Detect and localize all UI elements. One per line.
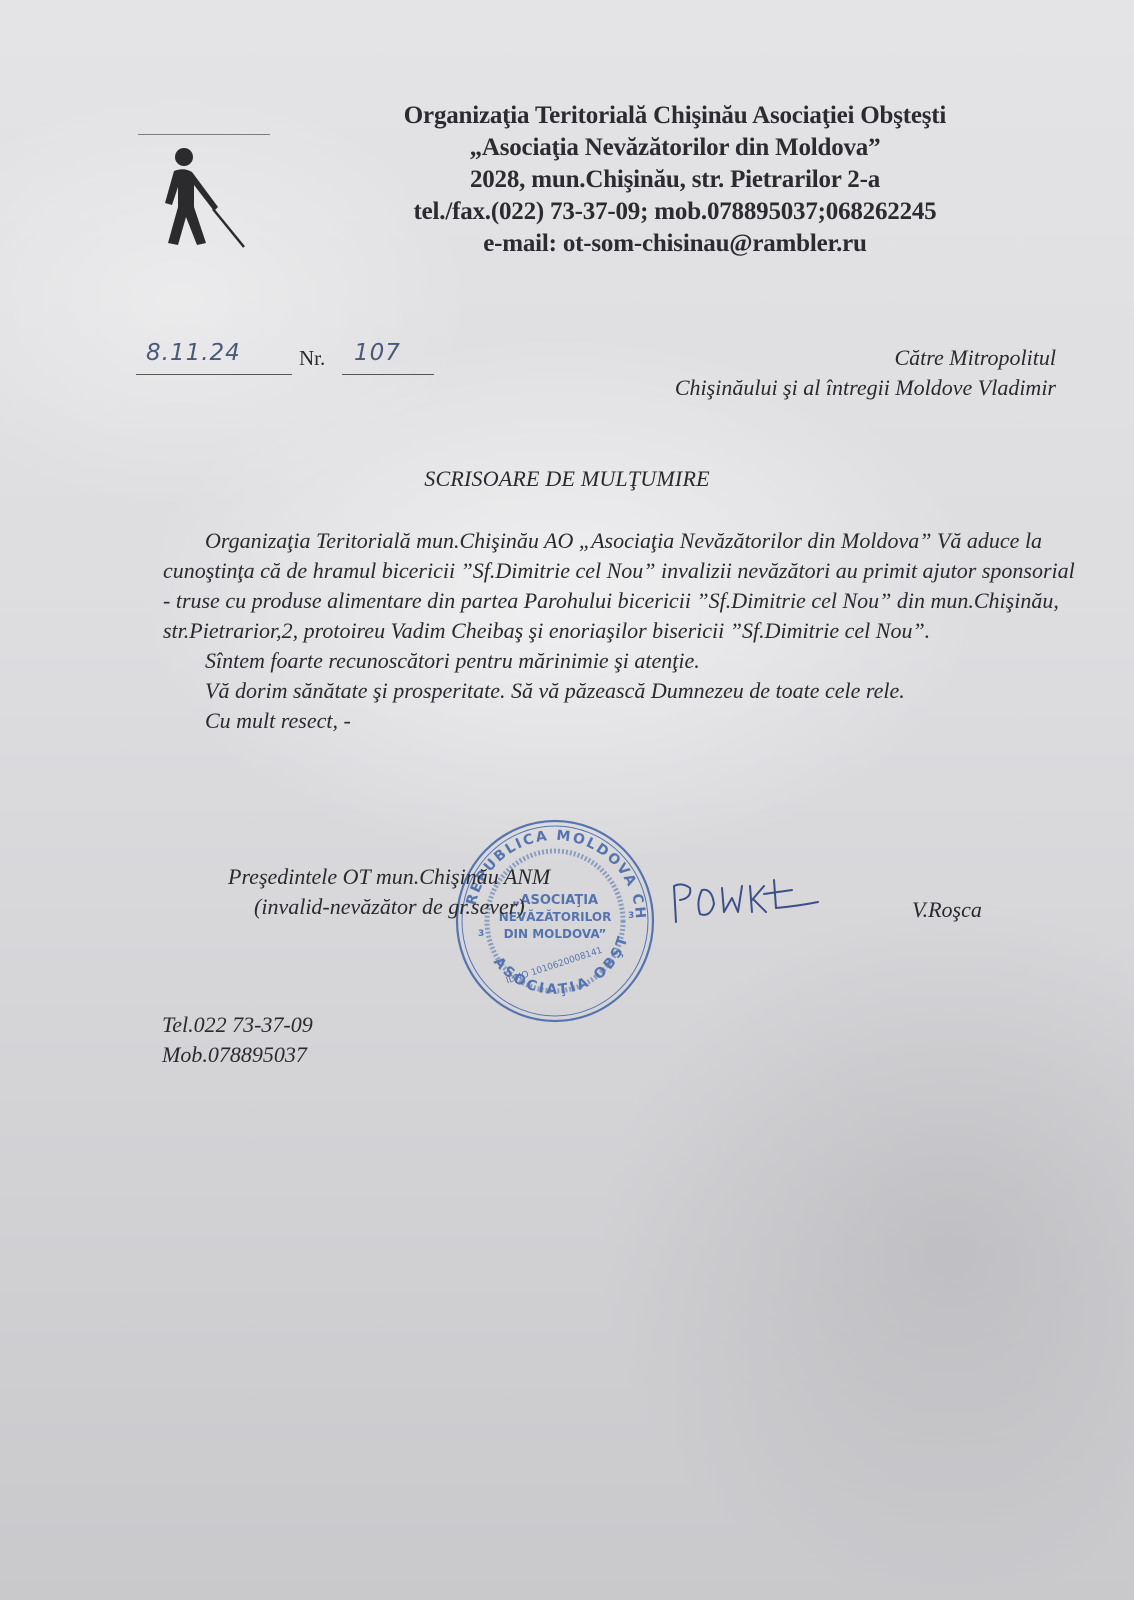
body-line-gratitude: Sîntem foarte recunoscători pentru mărin… <box>163 646 1083 676</box>
letter-body: Organizaţia Teritorială mun.Chişinău AO … <box>163 526 1083 736</box>
svg-text:3: 3 <box>478 929 484 939</box>
contact-footer: Tel.022 73-37-09 Mob.078895037 <box>162 1010 313 1070</box>
blind-person-with-cane-icon <box>160 145 252 250</box>
date-field: 8.11.24 <box>136 340 292 375</box>
signatory-title: Preşedintele OT mun.Chişinău ANM <box>228 864 550 889</box>
signatory-position: Preşedintele OT mun.Chişinău ANM (invali… <box>228 862 550 922</box>
letter-title: SCRISOARE DE MULŢUMIRE <box>0 466 1134 492</box>
signatory-note: (invalid-nevăzător de gr.sever) <box>228 892 550 922</box>
svg-text:3: 3 <box>628 911 634 921</box>
handwritten-signature <box>668 872 828 932</box>
recipient: Către Mitropolitul Chişinăului şi al înt… <box>675 343 1056 403</box>
org-phones: tel./fax.(022) 73-37-09; mob.078895037;0… <box>330 196 1020 228</box>
contact-tel: Tel.022 73-37-09 <box>162 1010 313 1040</box>
signatory-name: V.Roşca <box>912 897 982 923</box>
number-label: Nr. <box>299 346 325 371</box>
handwritten-date: 8.11.24 <box>146 340 241 366</box>
body-line-closing: Cu mult resect, - <box>163 706 1083 736</box>
association-name: „Asociaţia Nevăzătorilor din Moldova” <box>330 132 1020 164</box>
letterhead: Organizaţia Teritorială Chişinău Asociaţ… <box>330 100 1020 260</box>
contact-mob: Mob.078895037 <box>162 1040 313 1070</box>
recipient-line-2: Chişinăului şi al întregii Moldove Vladi… <box>675 373 1056 403</box>
logo-divider <box>138 134 270 135</box>
letter-page: Organizaţia Teritorială Chişinău Asociaţ… <box>0 0 1134 1600</box>
org-name: Organizaţia Teritorială Chişinău Asociaţ… <box>330 100 1020 132</box>
body-line-wishes: Vă dorim sănătate şi prosperitate. Să vă… <box>163 676 1083 706</box>
recipient-line-1: Către Mitropolitul <box>675 343 1056 373</box>
body-paragraph-1: Organizaţia Teritorială mun.Chişinău AO … <box>163 526 1083 646</box>
number-field: 107 <box>342 340 434 375</box>
org-email: e-mail: ot-som-chisinau@rambler.ru <box>330 228 1020 260</box>
svg-text:DIN MOLDOVA”: DIN MOLDOVA” <box>504 927 607 941</box>
org-address: 2028, mun.Chişinău, str. Pietrarilor 2-a <box>330 164 1020 196</box>
handwritten-number: 107 <box>354 340 401 366</box>
